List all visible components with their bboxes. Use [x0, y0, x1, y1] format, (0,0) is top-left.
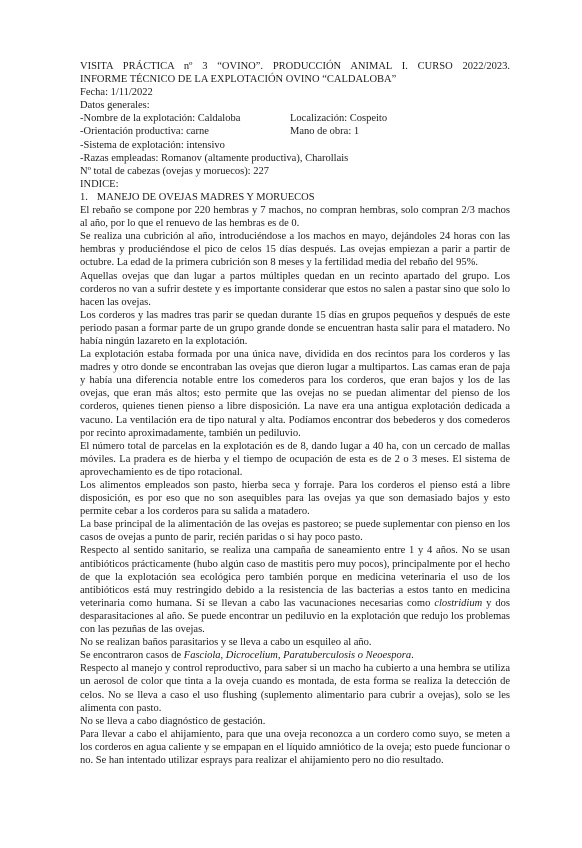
paragraph-text: La explotación estaba formada por una ún…: [80, 349, 510, 439]
paragraph-text: Respecto al manejo y control reproductiv…: [80, 663, 510, 713]
paragraph-text: La base principal de la alimentación de …: [80, 519, 510, 543]
datos-row: -Sistema de explotación: intensivo: [80, 139, 510, 152]
paragraph-text: El número total de parcelas en la explot…: [80, 441, 510, 478]
datos-generales-heading: Datos generales:: [80, 99, 510, 112]
datos-left-value: -Sistema de explotación: intensivo: [80, 140, 225, 151]
document-title-line1: VISITA PRÁCTICA nº 3 “OVINO”. PRODUCCIÓN…: [80, 60, 510, 73]
paragraph-text: Los corderos y las madres tras parir se …: [80, 310, 510, 347]
document-date: Fecha: 1/11/2022: [80, 86, 510, 99]
paragraph: La base principal de la alimentación de …: [80, 518, 510, 544]
datos-generales-list: -Nombre de la explotación: CaldalobaLoca…: [80, 112, 510, 164]
paragraph-text: .: [411, 650, 414, 661]
paragraph: Se realiza una cubrición al año, introdu…: [80, 230, 510, 269]
total-cabezas-line: Nº total de cabezas (ovejas y moruecos):…: [80, 165, 510, 178]
paragraph: No se realizan baños parasitarios y se l…: [80, 636, 510, 649]
paragraph-text: Se realiza una cubrición al año, introdu…: [80, 231, 510, 268]
paragraph: Para llevar a cabo el ahijamiento, para …: [80, 728, 510, 767]
datos-left-value: -Nombre de la explotación: Caldaloba: [80, 113, 240, 124]
paragraph: Los alimentos empleados son pasto, hierb…: [80, 479, 510, 518]
datos-row: -Razas empleadas: Romanov (altamente pro…: [80, 152, 510, 165]
indice-heading: INDICE:: [80, 178, 510, 191]
section-1-title: MANEJO DE OVEJAS MADRES Y MORUECOS: [97, 192, 315, 203]
datos-row: -Nombre de la explotación: CaldalobaLoca…: [80, 112, 510, 125]
paragraph: El número total de parcelas en la explot…: [80, 440, 510, 479]
paragraph: El rebaño se compone por 220 hembras y 7…: [80, 204, 510, 230]
document-title-line2: INFORME TÉCNICO DE LA EXPLOTACIÓN OVINO …: [80, 73, 510, 86]
paragraph-text: No se lleva a cabo diagnóstico de gestac…: [80, 716, 265, 727]
datos-left-value: -Razas empleadas: Romanov (altamente pro…: [80, 153, 348, 164]
paragraph: Respecto al manejo y control reproductiv…: [80, 662, 510, 714]
paragraph-text: No se realizan baños parasitarios y se l…: [80, 637, 372, 648]
paragraph-text: El rebaño se compone por 220 hembras y 7…: [80, 205, 510, 229]
paragraph-text: Para llevar a cabo el ahijamiento, para …: [80, 729, 510, 766]
paragraph-text: Los alimentos empleados son pasto, hierb…: [80, 480, 510, 517]
section-1-heading: 1.MANEJO DE OVEJAS MADRES Y MORUECOS: [80, 191, 510, 204]
datos-right-value: Mano de obra: 1: [290, 125, 359, 138]
document-content: VISITA PRÁCTICA nº 3 “OVINO”. PRODUCCIÓN…: [80, 60, 510, 767]
paragraph: No se lleva a cabo diagnóstico de gestac…: [80, 715, 510, 728]
paragraph: Aquellas ovejas que dan lugar a partos m…: [80, 270, 510, 309]
italic-term: Fasciola, Dicrocelium, Paratuberculosis …: [184, 650, 411, 661]
section-1-number: 1.: [80, 191, 88, 204]
paragraph: Se encontraron casos de Fasciola, Dicroc…: [80, 649, 510, 662]
paragraph-text: Se encontraron casos de: [80, 650, 184, 661]
document-page: VISITA PRÁCTICA nº 3 “OVINO”. PRODUCCIÓN…: [0, 0, 582, 848]
paragraph: La explotación estaba formada por una ún…: [80, 348, 510, 440]
datos-right-value: Localización: Cospeito: [290, 112, 387, 125]
report-body: El rebaño se compone por 220 hembras y 7…: [80, 204, 510, 767]
italic-term: clostridium: [434, 598, 482, 609]
paragraph: Los corderos y las madres tras parir se …: [80, 309, 510, 348]
datos-row: -Orientación productiva: carneMano de ob…: [80, 125, 510, 138]
paragraph-text: Aquellas ovejas que dan lugar a partos m…: [80, 271, 510, 308]
datos-left-value: -Orientación productiva: carne: [80, 126, 209, 137]
paragraph: Respecto al sentido sanitario, se realiz…: [80, 544, 510, 636]
